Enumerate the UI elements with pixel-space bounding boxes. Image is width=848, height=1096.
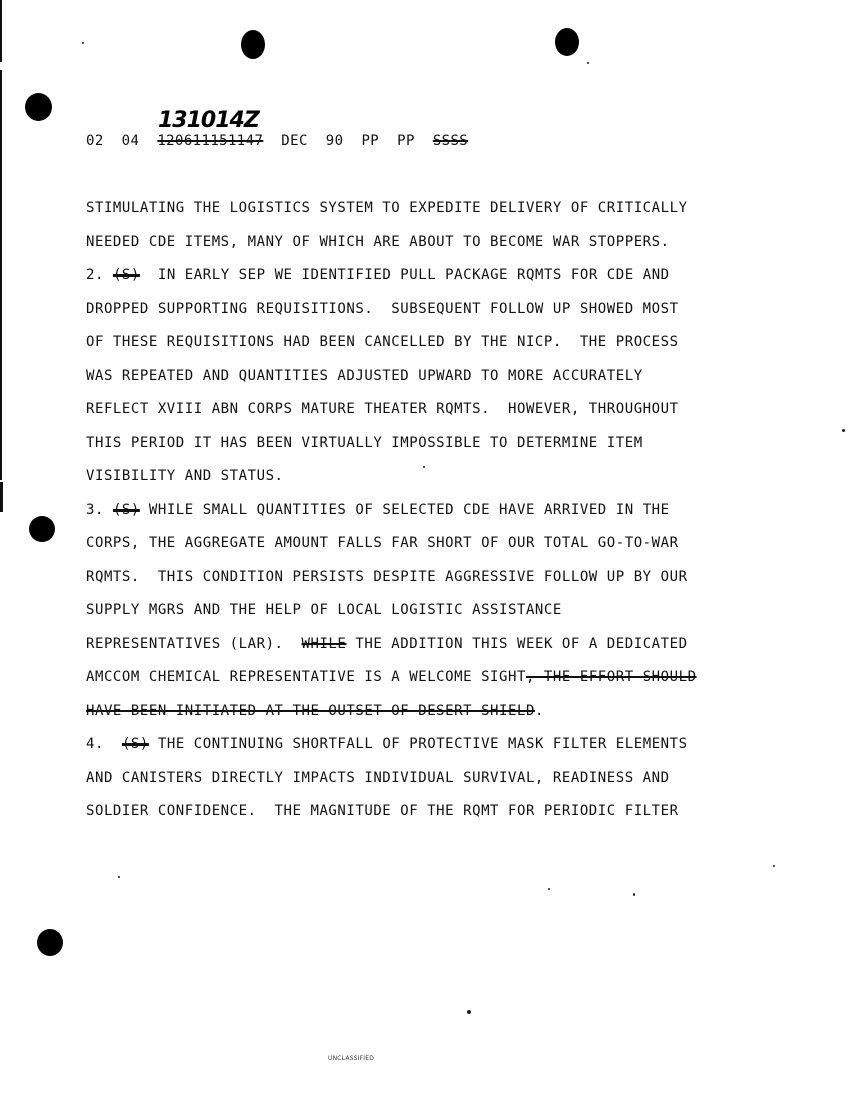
struck-text: WHILE	[302, 636, 347, 652]
text-line: IN EARLY SEP WE IDENTIFIED PULL PACKAGE …	[158, 267, 670, 283]
text-line: RQMTS. THIS CONDITION PERSISTS DESPITE A…	[86, 569, 786, 603]
handwritten-dtg: 131014Z	[158, 108, 259, 133]
text-line-with-strike: HAVE BEEN INITIATED AT THE OUTSET OF DES…	[86, 703, 786, 737]
text-segment: .	[535, 703, 544, 719]
header-precedence: PP	[397, 133, 415, 149]
text-line: THE CONTINUING SHORTFALL OF PROTECTIVE M…	[158, 736, 688, 752]
text-line: THIS PERIOD IT HAS BEEN VIRTUALLY IMPOSS…	[86, 435, 786, 469]
punch-hole-icon	[555, 28, 579, 56]
scan-edge-line	[0, 482, 3, 512]
header-field: 04	[122, 133, 140, 149]
text-line: WAS REPEATED AND QUANTITIES ADJUSTED UPW…	[86, 368, 786, 402]
paragraph-number: 2.	[86, 267, 104, 283]
text-line: AND CANISTERS DIRECTLY IMPACTS INDIVIDUA…	[86, 770, 786, 804]
paragraph-3-start: 3. (S) WHILE SMALL QUANTITIES OF SELECTE…	[86, 502, 786, 536]
text-line: NEEDED CDE ITEMS, MANY OF WHICH ARE ABOU…	[86, 234, 786, 268]
scan-speck	[633, 893, 635, 896]
text-line: OF THESE REQUISITIONS HAD BEEN CANCELLED…	[86, 334, 786, 368]
text-line-with-strike: REPRESENTATIVES (LAR). WHILE THE ADDITIO…	[86, 636, 786, 670]
text-line: DROPPED SUPPORTING REQUISITIONS. SUBSEQU…	[86, 301, 786, 335]
scan-speck	[842, 429, 845, 432]
paragraph-4-start: 4. (S) THE CONTINUING SHORTFALL OF PROTE…	[86, 736, 786, 770]
text-line: SUPPLY MGRS AND THE HELP OF LOCAL LOGIST…	[86, 602, 786, 636]
text-line: WHILE SMALL QUANTITIES OF SELECTED CDE H…	[149, 502, 670, 518]
text-line: REFLECT XVIII ABN CORPS MATURE THEATER R…	[86, 401, 786, 435]
header-month: DEC	[281, 133, 308, 149]
scan-speck	[118, 876, 120, 878]
struck-text: HAVE BEEN INITIATED AT THE OUTSET OF DES…	[86, 703, 535, 719]
scan-speck	[548, 888, 550, 890]
struck-text: , THE EFFORT SHOULD	[526, 669, 697, 685]
text-line: VISIBILITY AND STATUS.	[86, 468, 786, 502]
struck-classification-marking: (S)	[113, 502, 140, 518]
message-header: 0204120611151147DEC90PPPPSSSS	[86, 133, 486, 149]
header-precedence: PP	[361, 133, 379, 149]
text-line: SOLDIER CONFIDENCE. THE MAGNITUDE OF THE…	[86, 803, 786, 837]
struck-classification-marking: (S)	[122, 736, 149, 752]
punch-hole-icon	[29, 516, 55, 542]
punch-hole-icon	[241, 30, 265, 59]
punch-hole-icon	[37, 929, 63, 956]
classification-footer: UNCLASSIFIED	[328, 1055, 374, 1062]
punch-hole-icon	[25, 93, 52, 121]
struck-dtg: 120611151147	[157, 133, 263, 149]
paragraph-number: 4.	[86, 736, 104, 752]
scan-speck	[773, 865, 775, 867]
text-segment: REPRESENTATIVES (LAR).	[86, 636, 302, 652]
struck-classification: SSSS	[433, 133, 468, 149]
document-page: 131014Z 0204120611151147DEC90PPPPSSSS ST…	[0, 0, 848, 1096]
text-line: CORPS, THE AGGREGATE AMOUNT FALLS FAR SH…	[86, 535, 786, 569]
text-line-with-strike: AMCCOM CHEMICAL REPRESENTATIVE IS A WELC…	[86, 669, 786, 703]
scan-speck	[467, 1010, 471, 1014]
text-segment: AMCCOM CHEMICAL REPRESENTATIVE IS A WELC…	[86, 669, 526, 685]
paragraph-number: 3.	[86, 502, 104, 518]
scan-edge-line	[0, 0, 2, 62]
text-segment: THE ADDITION THIS WEEK OF A DEDICATED	[346, 636, 687, 652]
message-body: STIMULATING THE LOGISTICS SYSTEM TO EXPE…	[86, 200, 786, 837]
scan-speck	[587, 62, 589, 64]
text-line: STIMULATING THE LOGISTICS SYSTEM TO EXPE…	[86, 200, 786, 234]
paragraph-2-start: 2. (S) IN EARLY SEP WE IDENTIFIED PULL P…	[86, 267, 786, 301]
header-field: 02	[86, 133, 104, 149]
struck-classification-marking: (S)	[113, 267, 140, 283]
header-year: 90	[326, 133, 344, 149]
scan-edge-line	[0, 70, 2, 480]
scan-speck	[82, 42, 84, 44]
